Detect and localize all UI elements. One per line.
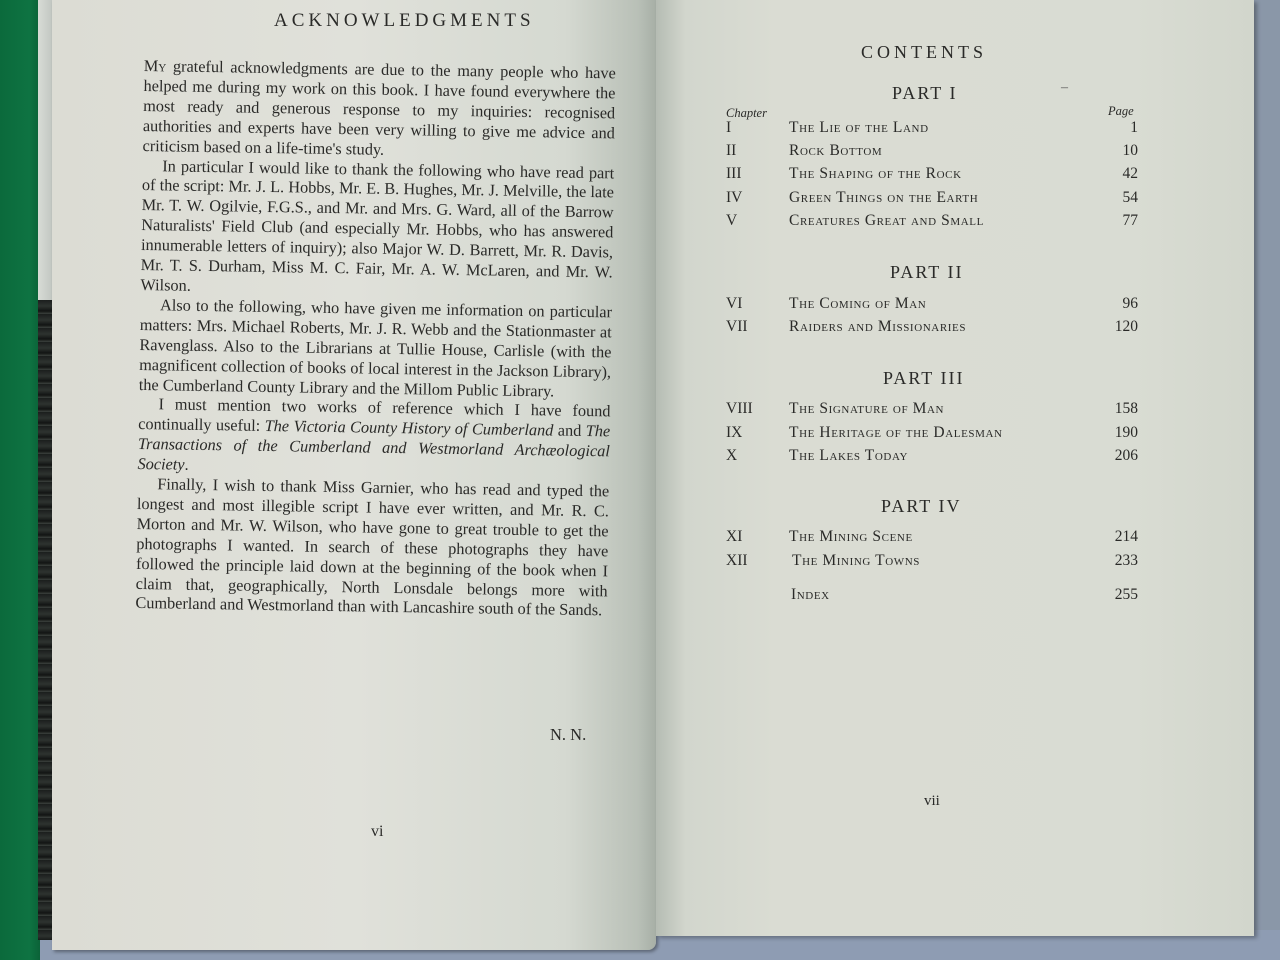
paragraph-5: Finally, I wish to thank Miss Garnier, w… (135, 474, 609, 621)
acknowledgments-heading: ACKNOWLEDGMENTS (274, 10, 535, 32)
toc-entry[interactable]: IX The Heritage of the Dalesman 190 (726, 424, 1138, 444)
toc-entry[interactable]: II Rock Bottom 10 (726, 142, 1138, 162)
part-heading-2: PART II (890, 262, 963, 283)
toc-entry[interactable]: I The Lie of the Land 1 (726, 119, 1138, 139)
toc-entry[interactable]: IV Green Things on the Earth 54 (726, 189, 1138, 209)
page-column-label: Page (1108, 104, 1134, 119)
author-initials: N. N. (550, 725, 586, 745)
toc-entry[interactable]: VII Raiders and Missionaries 120 (726, 318, 1138, 338)
page-number-right: vii (924, 793, 940, 810)
print-mark: – (1061, 80, 1068, 96)
right-page: CONTENTS – PART I Chapter Page I The Lie… (656, 0, 1254, 936)
green-surface (0, 0, 42, 960)
paragraph-1: My grateful acknowledgments are due to t… (142, 56, 616, 163)
paragraph-3: Also to the following, who have given me… (139, 295, 613, 402)
toc-entry[interactable]: XI The Mining Scene 214 (726, 528, 1138, 548)
left-page: ACKNOWLEDGMENTS My grateful acknowledgme… (52, 0, 656, 950)
drop-lead-word: My (144, 56, 167, 75)
paragraph-4: I must mention two works of reference wh… (137, 394, 610, 481)
part-heading-3: PART III (883, 368, 964, 389)
toc-entry-index[interactable]: Index 255 (726, 586, 1138, 606)
acknowledgments-body: My grateful acknowledgments are due to t… (135, 56, 616, 621)
toc-entry[interactable]: VIII The Signature of Man 158 (726, 400, 1138, 420)
part-heading-1: PART I (892, 83, 957, 104)
paragraph-2: In particular I would like to thank the … (140, 156, 614, 303)
page-number-left: vi (371, 823, 383, 841)
contents-heading: CONTENTS (861, 42, 987, 63)
toc-entry[interactable]: XII The Mining Towns 233 (726, 552, 1138, 572)
toc-entry[interactable]: X The Lakes Today 206 (726, 447, 1138, 467)
toc-entry[interactable]: V Creatures Great and Small 77 (726, 212, 1138, 232)
toc-entry[interactable]: III The Shaping of the Rock 42 (726, 165, 1138, 185)
toc-entry[interactable]: VI The Coming of Man 96 (726, 295, 1138, 315)
part-heading-4: PART IV (881, 496, 961, 517)
